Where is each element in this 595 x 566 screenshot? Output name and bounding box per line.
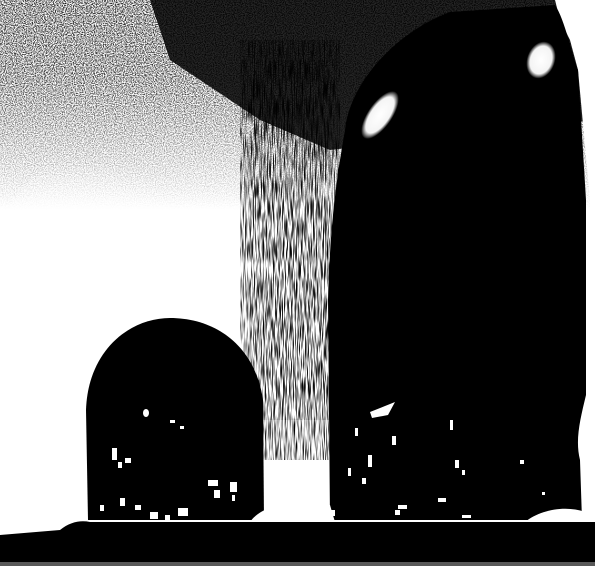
short-round-jar (86, 318, 264, 540)
photograph: Two dark glass jars standing on a dark s… (0, 0, 595, 566)
tall-bottle (328, 5, 586, 520)
photo-scene (0, 0, 595, 566)
